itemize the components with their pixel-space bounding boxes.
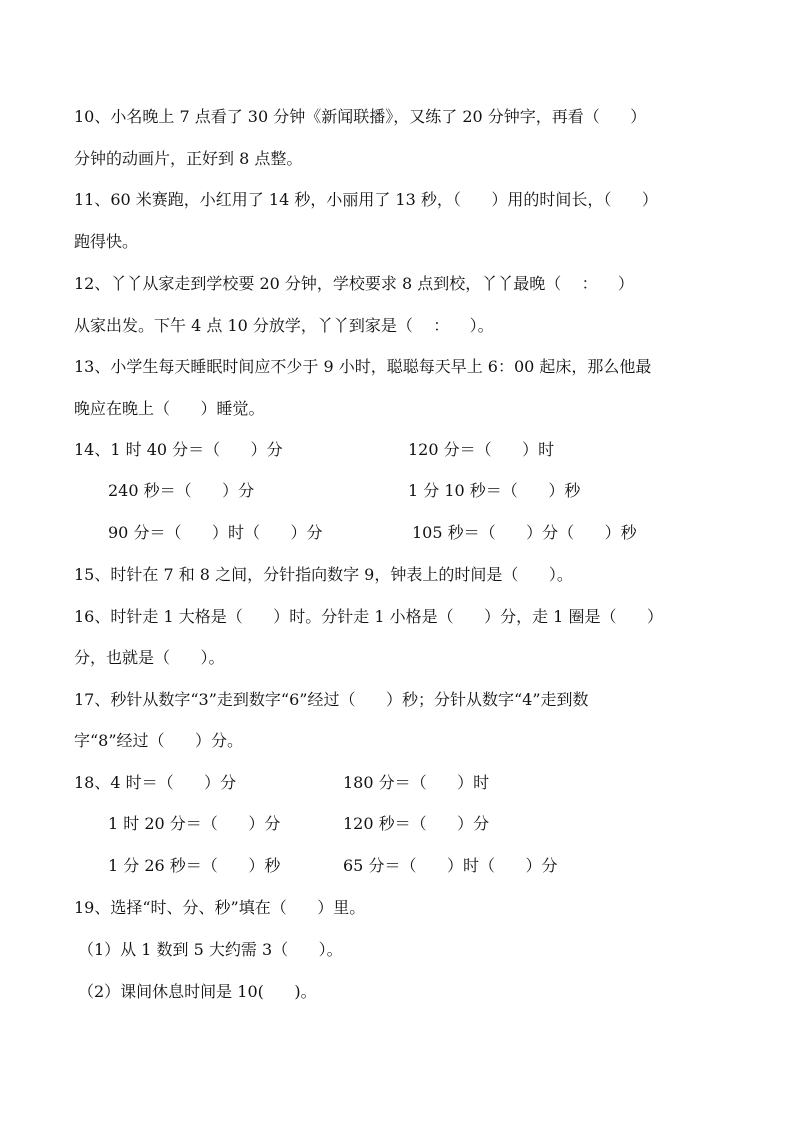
q19-title: 19、选择“时、分、秒”填在（ ）里。 xyxy=(74,898,365,918)
q18-item-5: 1 分 26 秒＝（ ）秒 xyxy=(108,856,280,876)
q16-line-1: 16、时针走 1 大格是（ ）时。分针走 1 小格是（ ）分，走 1 圈是（ ） xyxy=(74,607,663,627)
q13-line-2: 晚应在晚上（ ）睡觉。 xyxy=(74,399,265,419)
q18-row-2: 1 时 20 分＝（ ）分 120 秒＝（ ）分 xyxy=(0,814,793,834)
q14-row-1: 14、1 时 40 分＝（ ）分 120 分＝（ ）时 xyxy=(0,440,793,460)
q10-line-1: 10、小名晚上 7 点看了 30 分钟《新闻联播》，又练了 20 分钟字，再看（… xyxy=(74,107,646,127)
q19-sub-1: （1）从 1 数到 5 大约需 3（ ）。 xyxy=(78,940,343,960)
q14-item-5: 90 分＝（ ）时（ ）分 xyxy=(108,523,322,543)
q18-item-6: 65 分＝（ ）时（ ）分 xyxy=(343,856,557,876)
q14-item-6: 105 秒＝（ ）分（ ）秒 xyxy=(412,523,637,543)
q17-line-2: 字“8”经过（ ）分。 xyxy=(74,731,243,751)
q12-line-1: 12、丫丫从家走到学校要 20 分钟，学校要求 8 点到校，丫丫最晚（ ： ） xyxy=(74,274,634,294)
q14-row-2: 240 秒＝（ ）分 1 分 10 秒＝（ ）秒 xyxy=(0,481,793,501)
q14-item-4: 1 分 10 秒＝（ ）秒 xyxy=(408,481,580,501)
q18-item-4: 120 秒＝（ ）分 xyxy=(343,814,489,834)
q18-row-1: 18、4 时＝（ ）分 180 分＝（ ）时 xyxy=(0,773,793,793)
q11-line-2: 跑得快。 xyxy=(74,232,138,252)
q11-line-1: 11、60 米赛跑，小红用了 14 秒，小丽用了 13 秒，（ ）用的时间长，（… xyxy=(74,190,658,210)
q14-row-3: 90 分＝（ ）时（ ）分 105 秒＝（ ）分（ ）秒 xyxy=(0,523,793,543)
q10-line-2: 分钟的动画片，正好到 8 点整。 xyxy=(74,149,302,169)
q17-line-1: 17、秒针从数字“3”走到数字“6”经过（ ）秒；分针从数字“4”走到数 xyxy=(74,690,589,710)
q14-item-1: 14、1 时 40 分＝（ ）分 xyxy=(74,440,283,460)
q18-row-3: 1 分 26 秒＝（ ）秒 65 分＝（ ）时（ ）分 xyxy=(0,856,793,876)
q19-sub-2: （2）课间休息时间是 10( )。 xyxy=(78,982,317,1002)
q18-item-3: 1 时 20 分＝（ ）分 xyxy=(108,814,280,834)
q15-line: 15、时针在 7 和 8 之间，分针指向数字 9，钟表上的时间是（ ）。 xyxy=(74,565,573,585)
q18-item-1: 18、4 时＝（ ）分 xyxy=(74,773,236,793)
q16-line-2: 分，也就是（ ）。 xyxy=(74,648,225,668)
q14-item-3: 240 秒＝（ ）分 xyxy=(108,481,254,501)
q18-item-2: 180 分＝（ ）时 xyxy=(343,773,489,793)
q14-item-2: 120 分＝（ ）时 xyxy=(408,440,554,460)
q12-line-2: 从家出发。下午 4 点 10 分放学，丫丫到家是（ ： ）。 xyxy=(74,316,494,336)
q13-line-1: 13、小学生每天睡眠时间应不少于 9 小时，聪聪每天早上 6：00 起床，那么他… xyxy=(74,357,651,377)
